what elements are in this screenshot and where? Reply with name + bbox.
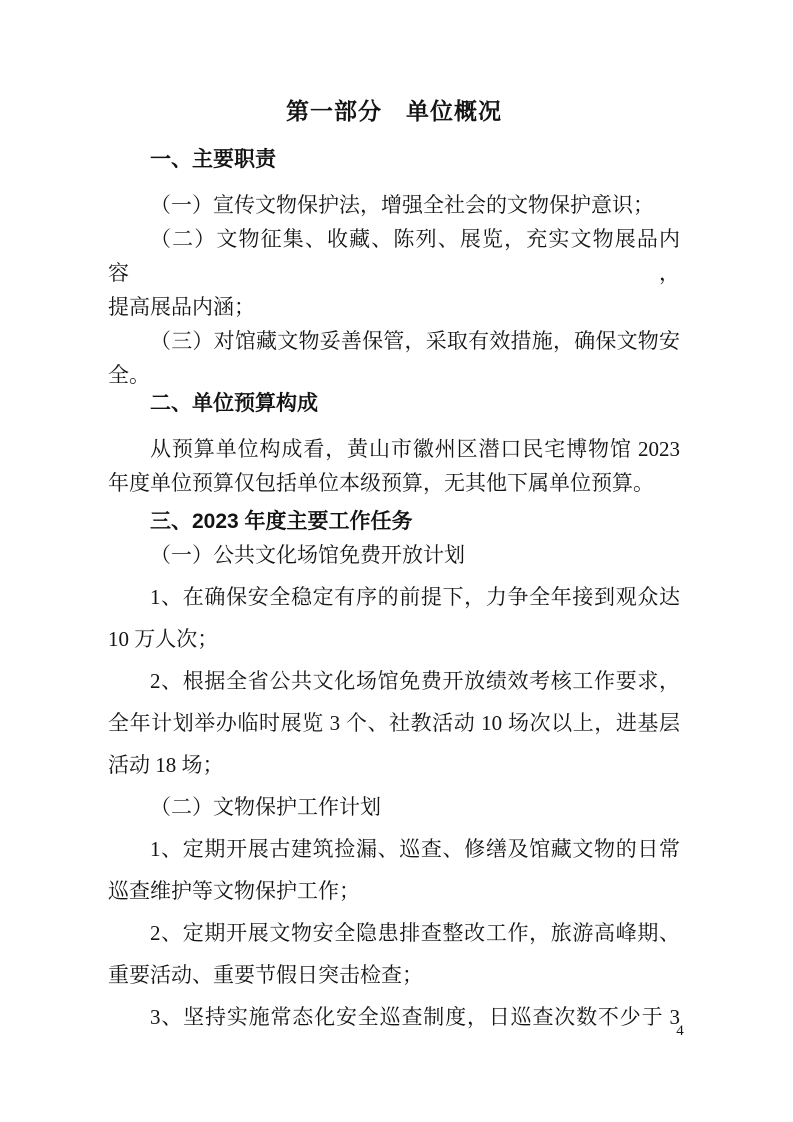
paragraph-line: （一）宣传文物保护法，增强全社会的文物保护意识； — [108, 188, 680, 222]
document-title: 第一部分 单位概况 — [108, 96, 680, 126]
page-number: 4 — [668, 1022, 692, 1040]
section-heading-main-duties: 一、主要职责 — [108, 148, 680, 172]
section-heading-2023-tasks: 三、2023 年度主要工作任务 — [108, 510, 680, 534]
paragraph-line: 从预算单位构成看，黄山市徽州区潜口民宅博物馆 2023 — [108, 432, 680, 466]
subsection-heading: （一）公共文化场馆免费开放计划 — [108, 534, 680, 576]
paragraph-line: （三）对馆藏文物妥善保管，采取有效措施，确保文物安 — [108, 324, 680, 358]
paragraph-line: 1、在确保安全稳定有序的前提下，力争全年接到观众达 — [108, 576, 680, 618]
paragraph-line: （二）文物征集、收藏、陈列、展览，充实文物展品内容， — [108, 222, 680, 290]
paragraph-line: 10 万人次； — [108, 618, 680, 660]
paragraph-line: 2、定期开展文物安全隐患排查整改工作，旅游高峰期、 — [108, 912, 680, 954]
paragraph-line: 全年计划举办临时展览 3 个、社教活动 10 场次以上，进基层 — [108, 702, 680, 744]
paragraph-line: 1、定期开展古建筑捡漏、巡查、修缮及馆藏文物的日常 — [108, 828, 680, 870]
document-body: 第一部分 单位概况 一、主要职责 （一）宣传文物保护法，增强全社会的文物保护意识… — [108, 0, 680, 1038]
paragraph-line: 全。 — [108, 358, 680, 392]
paragraph-line: 巡查维护等文物保护工作； — [108, 870, 680, 912]
paragraph-line: 活动 18 场； — [108, 744, 680, 786]
paragraph-line: 3、坚持实施常态化安全巡查制度，日巡查次数不少于 3 — [108, 996, 680, 1038]
paragraph-line: 重要活动、重要节假日突击检查； — [108, 954, 680, 996]
paragraph-line: 年度单位预算仅包括单位本级预算，无其他下属单位预算。 — [108, 466, 680, 500]
section-heading-budget-composition: 二、单位预算构成 — [108, 392, 680, 416]
paragraph-line: 2、根据全省公共文化场馆免费开放绩效考核工作要求， — [108, 660, 680, 702]
document-page: 第一部分 单位概况 一、主要职责 （一）宣传文物保护法，增强全社会的文物保护意识… — [0, 0, 793, 1122]
subsection-heading: （二）文物保护工作计划 — [108, 786, 680, 828]
paragraph-line: 提高展品内涵； — [108, 290, 680, 324]
